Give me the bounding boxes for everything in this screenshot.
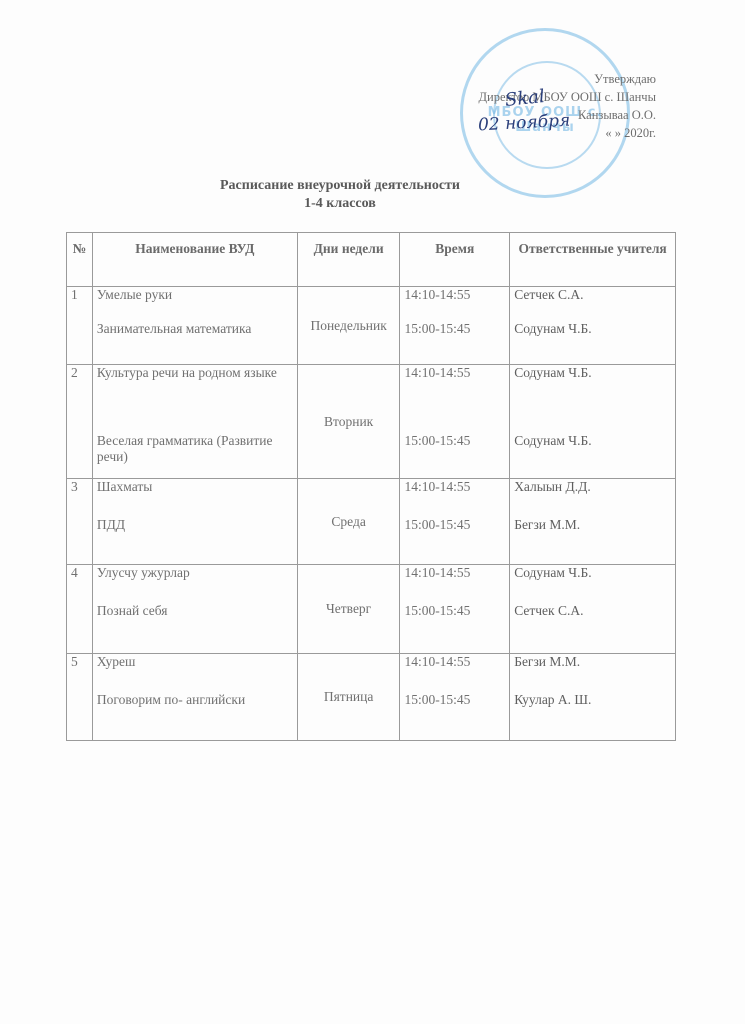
- header-time: Время: [400, 233, 510, 287]
- activity-cell: Умелые рукиЗанимательная математика: [92, 287, 297, 365]
- document-title: Расписание внеурочной деятельности 1-4 к…: [160, 177, 520, 213]
- time-slot: 14:10-14:55: [404, 565, 505, 581]
- title-line-2: 1-4 классов: [160, 195, 520, 213]
- row-number: 3: [67, 479, 93, 565]
- activity-name: Занимательная математика: [97, 321, 293, 337]
- time-slot: 14:10-14:55: [404, 287, 505, 303]
- activity-name: Познай себя: [97, 603, 293, 619]
- activity-name: Улусчу ужурлар: [97, 565, 293, 581]
- approval-heading: Утверждаю: [479, 70, 656, 88]
- row-number-text: 5: [71, 654, 78, 669]
- signature-mark: Skal: [504, 86, 546, 111]
- table-row: 3ШахматыПДДСреда14:10-14:5515:00-15:45Ха…: [67, 479, 676, 565]
- row-number-text: 2: [71, 365, 78, 380]
- day-cell: Вторник: [297, 365, 400, 479]
- row-number-text: 3: [71, 479, 78, 494]
- row-number: 2: [67, 365, 93, 479]
- time-slot: 15:00-15:45: [404, 692, 505, 708]
- header-teachers: Ответственные учителя: [510, 233, 676, 287]
- teacher-name: Бегзи М.М.: [514, 654, 671, 670]
- header-number: №: [67, 233, 93, 287]
- row-number: 5: [67, 654, 93, 741]
- day-name: Пятница: [324, 689, 374, 704]
- time-cell: 14:10-14:5515:00-15:45: [400, 479, 510, 565]
- activity-cell: Улусчу ужурларПознай себя: [92, 565, 297, 654]
- teacher-cell: Сетчек С.А.Содунам Ч.Б.: [510, 287, 676, 365]
- header-day: Дни недели: [297, 233, 400, 287]
- time-cell: 14:10-14:5515:00-15:45: [400, 654, 510, 741]
- teacher-name: Бегзи М.М.: [514, 517, 671, 533]
- row-number: 1: [67, 287, 93, 365]
- teacher-name: Халыын Д.Д.: [514, 479, 671, 495]
- time-slot: 14:10-14:55: [404, 654, 505, 670]
- row-number: 4: [67, 565, 93, 654]
- teacher-cell: Халыын Д.Д.Бегзи М.М.: [510, 479, 676, 565]
- teacher-name: Содунам Ч.Б.: [514, 365, 671, 381]
- table-row: 1Умелые рукиЗанимательная математикаПоне…: [67, 287, 676, 365]
- teacher-cell: Содунам Ч.Б.Содунам Ч.Б.: [510, 365, 676, 479]
- teacher-cell: Содунам Ч.Б.Сетчек С.А.: [510, 565, 676, 654]
- table-row: 2Культура речи на родном языкеВеселая гр…: [67, 365, 676, 479]
- teacher-cell: Бегзи М.М.Куулар А. Ш.: [510, 654, 676, 741]
- activity-name: Хуреш: [97, 654, 293, 670]
- activity-name: Веселая грамматика (Развитие речи): [97, 433, 293, 465]
- day-name: Вторник: [324, 414, 373, 429]
- title-line-1: Расписание внеурочной деятельности: [160, 177, 520, 195]
- time-slot: 14:10-14:55: [404, 365, 505, 381]
- day-cell: Понедельник: [297, 287, 400, 365]
- activity-cell: ХурешПоговорим по- английски: [92, 654, 297, 741]
- teacher-name: Содунам Ч.Б.: [514, 565, 671, 581]
- row-number-text: 1: [71, 287, 78, 302]
- day-cell: Среда: [297, 479, 400, 565]
- teacher-name: Содунам Ч.Б.: [514, 433, 671, 449]
- activity-cell: Культура речи на родном языкеВеселая гра…: [92, 365, 297, 479]
- activity-name: Умелые руки: [97, 287, 293, 303]
- table-row: 4Улусчу ужурларПознай себяЧетверг14:10-1…: [67, 565, 676, 654]
- time-slot: 15:00-15:45: [404, 603, 505, 619]
- day-name: Понедельник: [310, 318, 386, 333]
- teacher-name: Содунам Ч.Б.: [514, 321, 671, 337]
- schedule-table: № Наименование ВУД Дни недели Время Отве…: [66, 232, 676, 741]
- teacher-name: Сетчек С.А.: [514, 287, 671, 303]
- teacher-name: Сетчек С.А.: [514, 603, 671, 619]
- day-cell: Четверг: [297, 565, 400, 654]
- day-name: Среда: [331, 514, 365, 529]
- row-number-text: 4: [71, 565, 78, 580]
- day-cell: Пятница: [297, 654, 400, 741]
- activity-name: Культура речи на родном языке: [97, 365, 293, 381]
- time-cell: 14:10-14:5515:00-15:45: [400, 365, 510, 479]
- table-row: 5ХурешПоговорим по- английскиПятница14:1…: [67, 654, 676, 741]
- activity-cell: ШахматыПДД: [92, 479, 297, 565]
- time-cell: 14:10-14:5515:00-15:45: [400, 565, 510, 654]
- teacher-name: Куулар А. Ш.: [514, 692, 671, 708]
- time-slot: 14:10-14:55: [404, 479, 505, 495]
- time-slot: 15:00-15:45: [404, 321, 505, 337]
- day-name: Четверг: [326, 601, 371, 616]
- activity-name: ПДД: [97, 517, 293, 533]
- activity-name: Шахматы: [97, 479, 293, 495]
- time-slot: 15:00-15:45: [404, 433, 505, 449]
- table-header-row: № Наименование ВУД Дни недели Время Отве…: [67, 233, 676, 287]
- activity-name: Поговорим по- английски: [97, 692, 293, 708]
- header-activity: Наименование ВУД: [92, 233, 297, 287]
- time-slot: 15:00-15:45: [404, 517, 505, 533]
- time-cell: 14:10-14:5515:00-15:45: [400, 287, 510, 365]
